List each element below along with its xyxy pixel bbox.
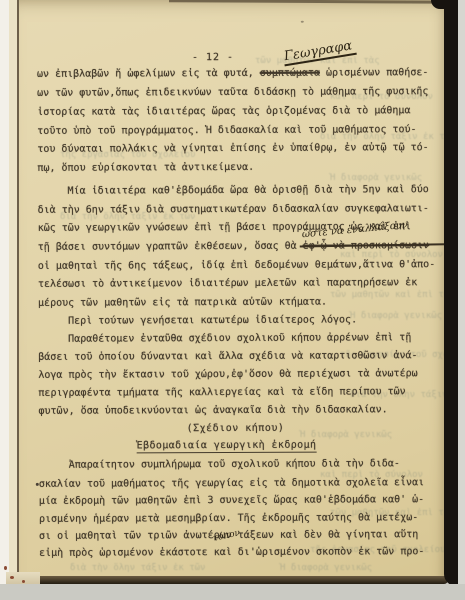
body-line: τῇ βάσει συντόμων γραπτῶν ἐκθέσεων, ὅσας… (38, 240, 429, 254)
body-line: τελέσωσι τὸ ἀντικείμενον ἰδιαιτέρων μελε… (38, 277, 417, 291)
body-line: Παραθέτομεν ἐνταῦθα σχέδιον σχολικοῦ κήπ… (68, 332, 411, 345)
body-line: φυτῶν, ὅσα ὑποδεικνύονται ὡς ἀναγκαῖα δι… (38, 404, 387, 418)
scanner-margin-right (458, 0, 465, 600)
body-line: ων ἐπιβλαβῶν ἤ ὠφελίμων εἰς τὰ φυτά, συμ… (37, 67, 428, 81)
body-line: βάσει τοῦ ὁποίου δύνανται καὶ ἄλλα σχέδι… (38, 350, 417, 364)
body-line: οἱ μαθηταὶ τῆς 6ης τάξεως, ἰδίᾳ ἐπὶ δεδο… (38, 259, 435, 273)
line-text: ὡρισμένων παθήσε- (320, 67, 428, 78)
scanned-document-page: τῶν μαθητῶν καὶ ἐπὶ τὰς καὶ περὶ τὸ σύνο… (0, 0, 465, 600)
book-spine-shadow (444, 0, 459, 586)
body-line: εἰμὴ πρὸς ὡρισμένον ἑκάστοτε καὶ δι'ὡρισ… (39, 546, 424, 560)
body-line: Περὶ τούτων γενήσεται κατωτέρω ἰδιαίτερο… (68, 314, 357, 327)
body-line: σκαλίαν τοῦ μαθήματος τῆς γεωργίας εἰς τ… (39, 477, 424, 491)
body-line: μία ἐκδρομὴ τῶν μαθητῶν ἐπὶ 3 συνεχεῖς ὥ… (39, 494, 424, 508)
body-line: Μία ἰδιαιτέρα καθ'ἑβδομάδα ὥρα θὰ ὁρισθῇ… (67, 184, 428, 198)
paper-speck (4, 566, 7, 570)
body-line: ἱστορίας κατὰ τὰς ἰδιαιτέρας ὥρας τὰς ὁρ… (37, 105, 410, 119)
ink-dot (36, 483, 39, 486)
typewritten-text: - 12 - ων ἐπιβλαβῶν ἤ ὠφελίμων εἰς τὰ φυ… (0, 0, 465, 600)
line-text: τῇ βάσει συντόμων γραπτῶν ἐκθέσεων, ὅσας… (38, 241, 303, 253)
body-line: του δύναται πολλάκις νὰ γίνηται ἐπίσης ἐ… (37, 142, 428, 156)
book-spine-shadow-top (431, 0, 459, 9)
line-text: ων ἐπιβλαβῶν ἤ ὠφελίμων εἰς τὰ φυτά, (37, 68, 260, 80)
body-line: μέρους τῶν μαθητῶν εἰς τὰ πατρικὰ αὐτῶν … (38, 297, 327, 310)
heading-text: Ἑβδομαδιαία γεωργικὴ ἐκδρομή (137, 440, 317, 454)
body-line: πῳ, ὅπου εὑρίσκονται τὰ ἀντικείμενα. (37, 162, 254, 175)
plan-caption: (Σχέδιον κήπου) (187, 423, 285, 435)
scanner-margin-bottom (0, 584, 465, 600)
paper-speck (10, 576, 14, 579)
body-line: Ἀπαραίτητον συμπλήρωμα τοῦ σχολικοῦ κήπο… (69, 458, 400, 471)
paper-speck (22, 580, 25, 583)
page-number: - 12 - (192, 52, 234, 64)
struck-word: συμπτώματα (260, 68, 320, 79)
body-line: διὰ τὴν 6ην τάξιν διὰ συστηματικωτέραν δ… (38, 203, 429, 217)
body-line: ρισμένην ἡμέραν μετὰ μεσημβρίαν. Τῆς ἐκδ… (39, 512, 418, 526)
body-line: ων τῶν φυτῶν,ὅπως ἐπιδεικνύων ταῦτα διδά… (37, 86, 428, 100)
body-line: λογα πρὸς τὴν ἔκτασιν τοῦ χώρου,ἐφ'ὅσον … (38, 368, 417, 382)
body-line: περιγραφέντα τμήματα τῆς καλλιεργείας κα… (38, 386, 405, 400)
section-heading: Ἑβδομαδιαία γεωργικὴ ἐκδρομή (137, 440, 317, 453)
handwritten-correction-top: Γεωγραφα (282, 38, 356, 66)
body-line: τοῦτο ὑπὸ τοῦ προγράμματος. Ἡ διδασκαλία… (37, 124, 416, 138)
page-bottom-edge (12, 576, 448, 584)
ink-speck (301, 21, 304, 23)
